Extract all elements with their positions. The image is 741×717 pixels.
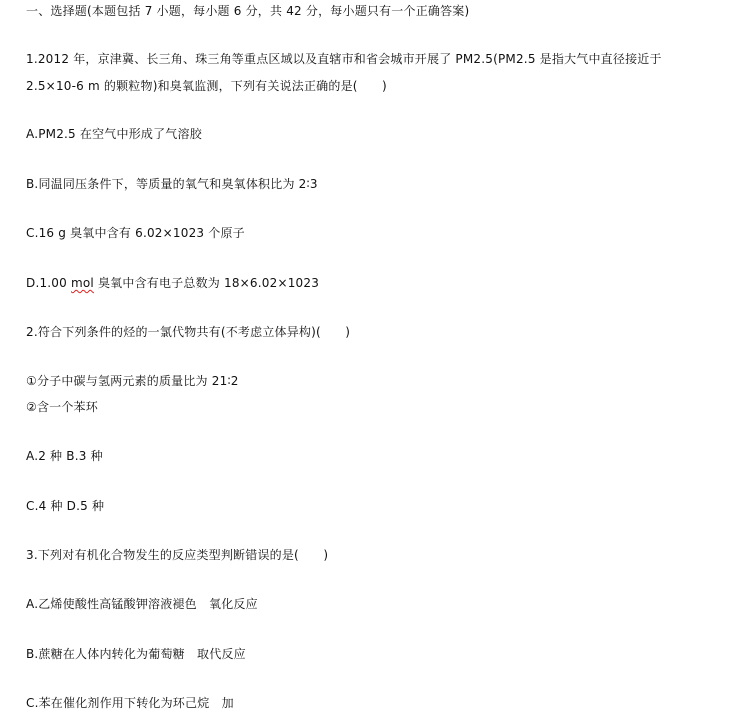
spellcheck-underlined-word[interactable]: mol [71, 276, 94, 290]
section-header: 一、选择题(本题包括 7 小题，每小题 6 分，共 42 分，每小题只有一个正确… [26, 3, 469, 19]
q1-option-d-prefix: D.1.00 [26, 276, 71, 290]
q2-options-ab: A.2 种 B.3 种 [26, 448, 103, 464]
q1-option-c: C.16 g 臭氧中含有 6.02×1023 个原子 [26, 225, 245, 241]
q1-option-a: A.PM2.5 在空气中形成了气溶胶 [26, 126, 202, 142]
q1-option-b: B.同温同压条件下，等质量的氧气和臭氧体积比为 2∶3 [26, 176, 318, 192]
q3-option-a: A.乙烯使酸性高锰酸钾溶液褪色 氧化反应 [26, 596, 258, 612]
q1-stem-line1: 1.2012 年，京津冀、长三角、珠三角等重点区域以及直辖市和省会城市开展了 P… [26, 51, 662, 67]
q2-condition-1: ①分子中碳与氢两元素的质量比为 21∶2 [26, 373, 239, 389]
q1-option-d: D.1.00 mol 臭氧中含有电子总数为 18×6.02×1023 [26, 275, 319, 291]
q1-option-d-suffix: 臭氧中含有电子总数为 18×6.02×1023 [94, 276, 319, 290]
q2-options-cd: C.4 种 D.5 种 [26, 498, 104, 514]
q1-stem-line2: 2.5×10-6 m 的颗粒物)和臭氧监测，下列有关说法正确的是( ) [26, 78, 387, 94]
q3-stem: 3.下列对有机化合物发生的反应类型判断错误的是( ) [26, 547, 328, 563]
q2-condition-2: ②含一个苯环 [26, 399, 98, 415]
q2-stem: 2.符合下列条件的烃的一氯代物共有(不考虑立体异构)( ) [26, 324, 350, 340]
q3-option-b: B.蔗糖在人体内转化为葡萄糖 取代反应 [26, 646, 246, 662]
q3-option-c: C.苯在催化剂作用下转化为环己烷 加 [26, 695, 234, 711]
